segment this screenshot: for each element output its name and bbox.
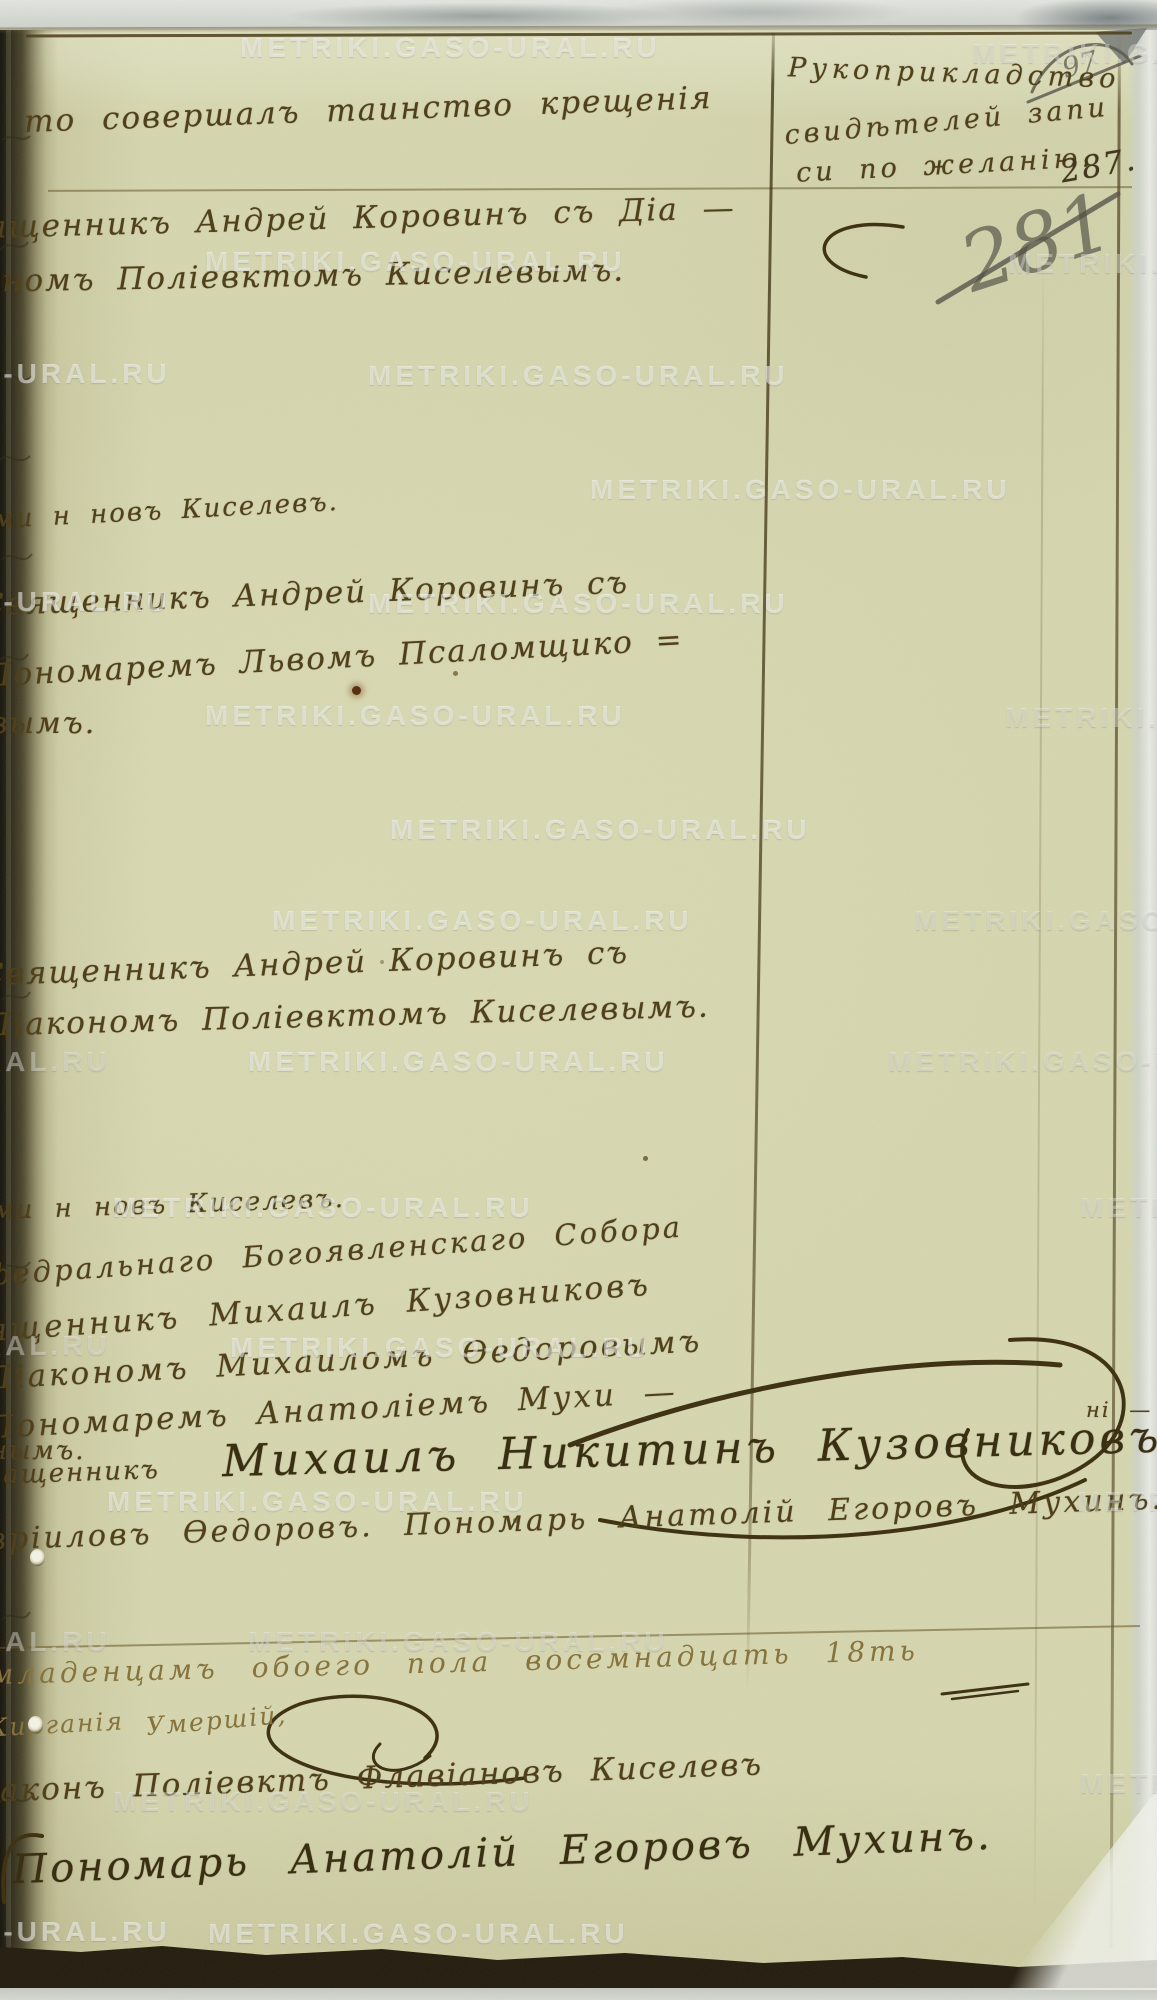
page-right-edge [1128, 0, 1157, 2000]
speck [380, 960, 384, 964]
speck [643, 1156, 648, 1161]
handwriting-line: ващенникъ [0, 1455, 160, 1491]
speck [513, 1518, 518, 1523]
handwriting-line: вымъ. [0, 706, 96, 741]
ink-curl [788, 215, 918, 290]
worm-hole [28, 1716, 43, 1733]
worm-hole [30, 1549, 45, 1566]
ink-stain [352, 686, 361, 695]
margin-note: ні — [1086, 1398, 1152, 1422]
document-scan: METRIKI.GASO-URAL.RU METRIKI.GASO-URAL.R… [0, 0, 1157, 2000]
speck [453, 671, 458, 676]
number-underline [940, 1680, 1040, 1704]
